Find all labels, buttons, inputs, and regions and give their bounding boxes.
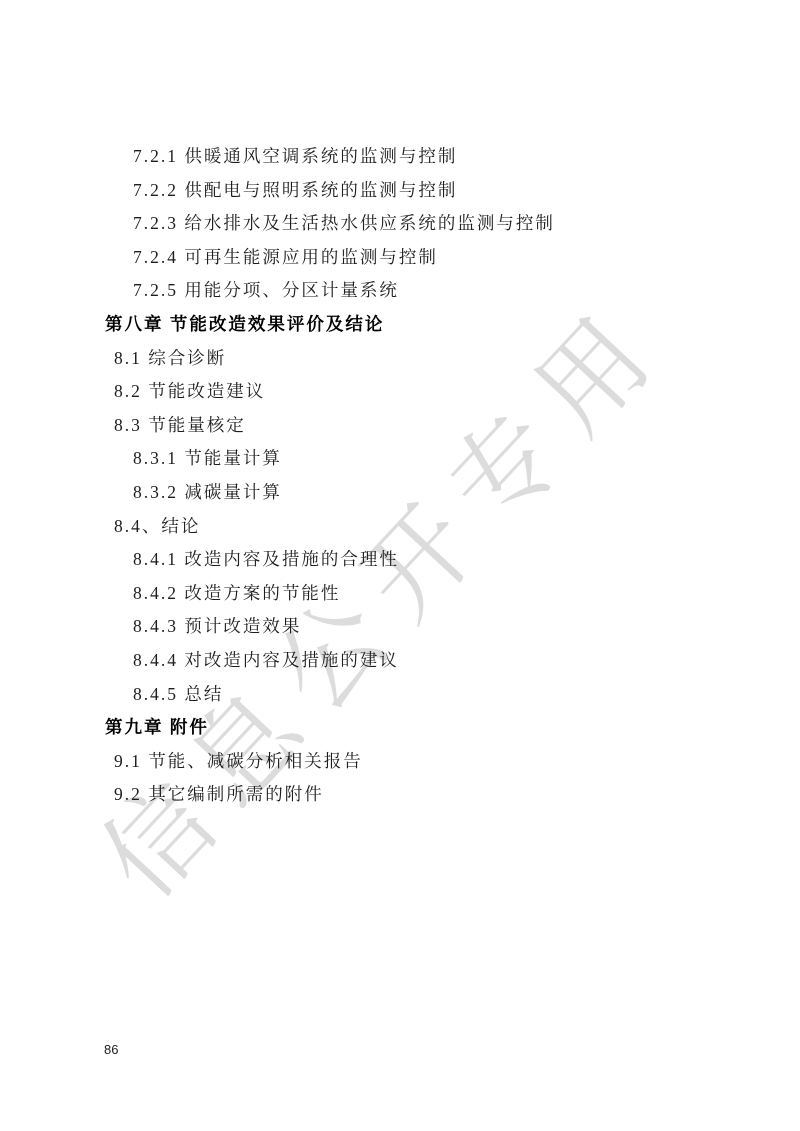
toc-item: 8.4.5 总结 — [0, 678, 800, 712]
toc-item: 8.4.4 对改造内容及措施的建议 — [0, 644, 800, 678]
toc-item: 8.4、结论 — [0, 510, 800, 544]
toc-item: 8.3 节能量核定 — [0, 409, 800, 443]
toc-item: 8.3.1 节能量计算 — [0, 442, 800, 476]
toc-list: 7.2.1 供暖通风空调系统的监测与控制7.2.2 供配电与照明系统的监测与控制… — [0, 140, 800, 812]
toc-item: 7.2.5 用能分项、分区计量系统 — [0, 274, 800, 308]
toc-item: 8.4.1 改造内容及措施的合理性 — [0, 543, 800, 577]
toc-item: 7.2.2 供配电与照明系统的监测与控制 — [0, 174, 800, 208]
toc-item: 8.1 综合诊断 — [0, 342, 800, 376]
toc-item: 8.2 节能改造建议 — [0, 375, 800, 409]
document-page: 信息公开专用 7.2.1 供暖通风空调系统的监测与控制7.2.2 供配电与照明系… — [0, 0, 800, 1131]
toc-item: 7.2.1 供暖通风空调系统的监测与控制 — [0, 140, 800, 174]
toc-chapter-heading: 第八章 节能改造效果评价及结论 — [0, 308, 800, 342]
toc-item: 7.2.3 给水排水及生活热水供应系统的监测与控制 — [0, 207, 800, 241]
toc-item: 9.1 节能、减碳分析相关报告 — [0, 745, 800, 779]
toc-item: 8.4.2 改造方案的节能性 — [0, 577, 800, 611]
toc-item: 7.2.4 可再生能源应用的监测与控制 — [0, 241, 800, 275]
toc-item: 9.2 其它编制所需的附件 — [0, 778, 800, 812]
toc-item: 8.3.2 减碳量计算 — [0, 476, 800, 510]
toc-chapter-heading: 第九章 附件 — [0, 711, 800, 745]
toc-item: 8.4.3 预计改造效果 — [0, 610, 800, 644]
page-number: 86 — [104, 1042, 118, 1057]
